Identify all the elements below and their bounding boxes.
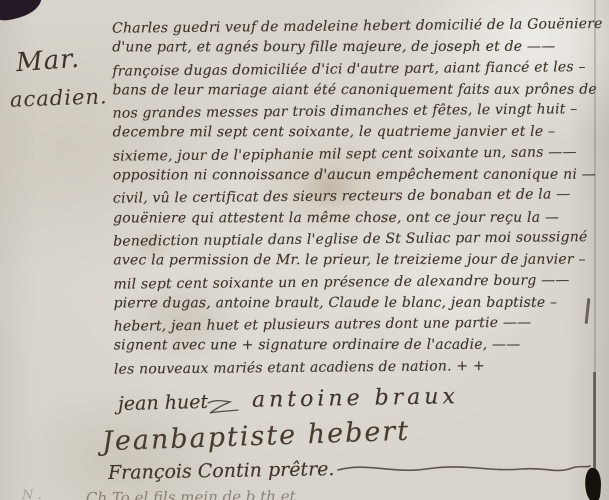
record-line: pierre dugas, antoine brault, Claude le … bbox=[114, 292, 606, 314]
signature-flourish-icon bbox=[206, 398, 240, 420]
binding-ink-blob bbox=[584, 467, 602, 500]
record-line: d'une part, et agnés boury fille majeure… bbox=[112, 37, 604, 59]
margin-note-mar: Mar. bbox=[15, 44, 81, 78]
next-entry-margin-mark: N . bbox=[22, 488, 42, 500]
record-line: françoise dugas domiciliée d'ici d'autre… bbox=[112, 57, 604, 83]
record-text-block: Charles guedri veuf de madeleine hebert … bbox=[112, 15, 606, 380]
signature-francois-contin: François Contin prêtre. bbox=[108, 458, 335, 484]
flourish-line-icon bbox=[336, 460, 592, 482]
manuscript-page: Mar. acadien. Charles guedri veuf de mad… bbox=[0, 0, 609, 500]
signature-jeanbaptiste-hebert: Jeanbaptiste hebert bbox=[102, 416, 411, 458]
record-line: mil sept cent soixante un en présence de… bbox=[113, 270, 605, 296]
record-line: signent avec une + signature ordinaire d… bbox=[114, 335, 606, 357]
signature-antoine-braux: antoine braux bbox=[252, 384, 459, 413]
record-line: les nouveaux mariés etant acadiens de na… bbox=[114, 355, 606, 381]
record-line: avec la permission de Mr. le prieur, le … bbox=[113, 250, 605, 272]
record-line: bans de leur mariage aiant été canonique… bbox=[112, 79, 604, 101]
next-entry-fragment: Ch To el fils mein de b th et bbox=[86, 485, 556, 500]
ink-blot-top-left bbox=[0, 0, 45, 24]
record-line: decembre mil sept cent soixante, le quat… bbox=[113, 122, 605, 144]
record-line: civil, vû le certificat des sieurs recte… bbox=[113, 184, 605, 210]
record-line: opposition ni connoissance d'aucun empêc… bbox=[113, 165, 605, 187]
signature-jean-huet: jean huet bbox=[118, 391, 209, 415]
record-line: gouëniere qui attestent la même chose, o… bbox=[113, 207, 605, 229]
margin-note-acadien: acadien. bbox=[10, 84, 108, 111]
